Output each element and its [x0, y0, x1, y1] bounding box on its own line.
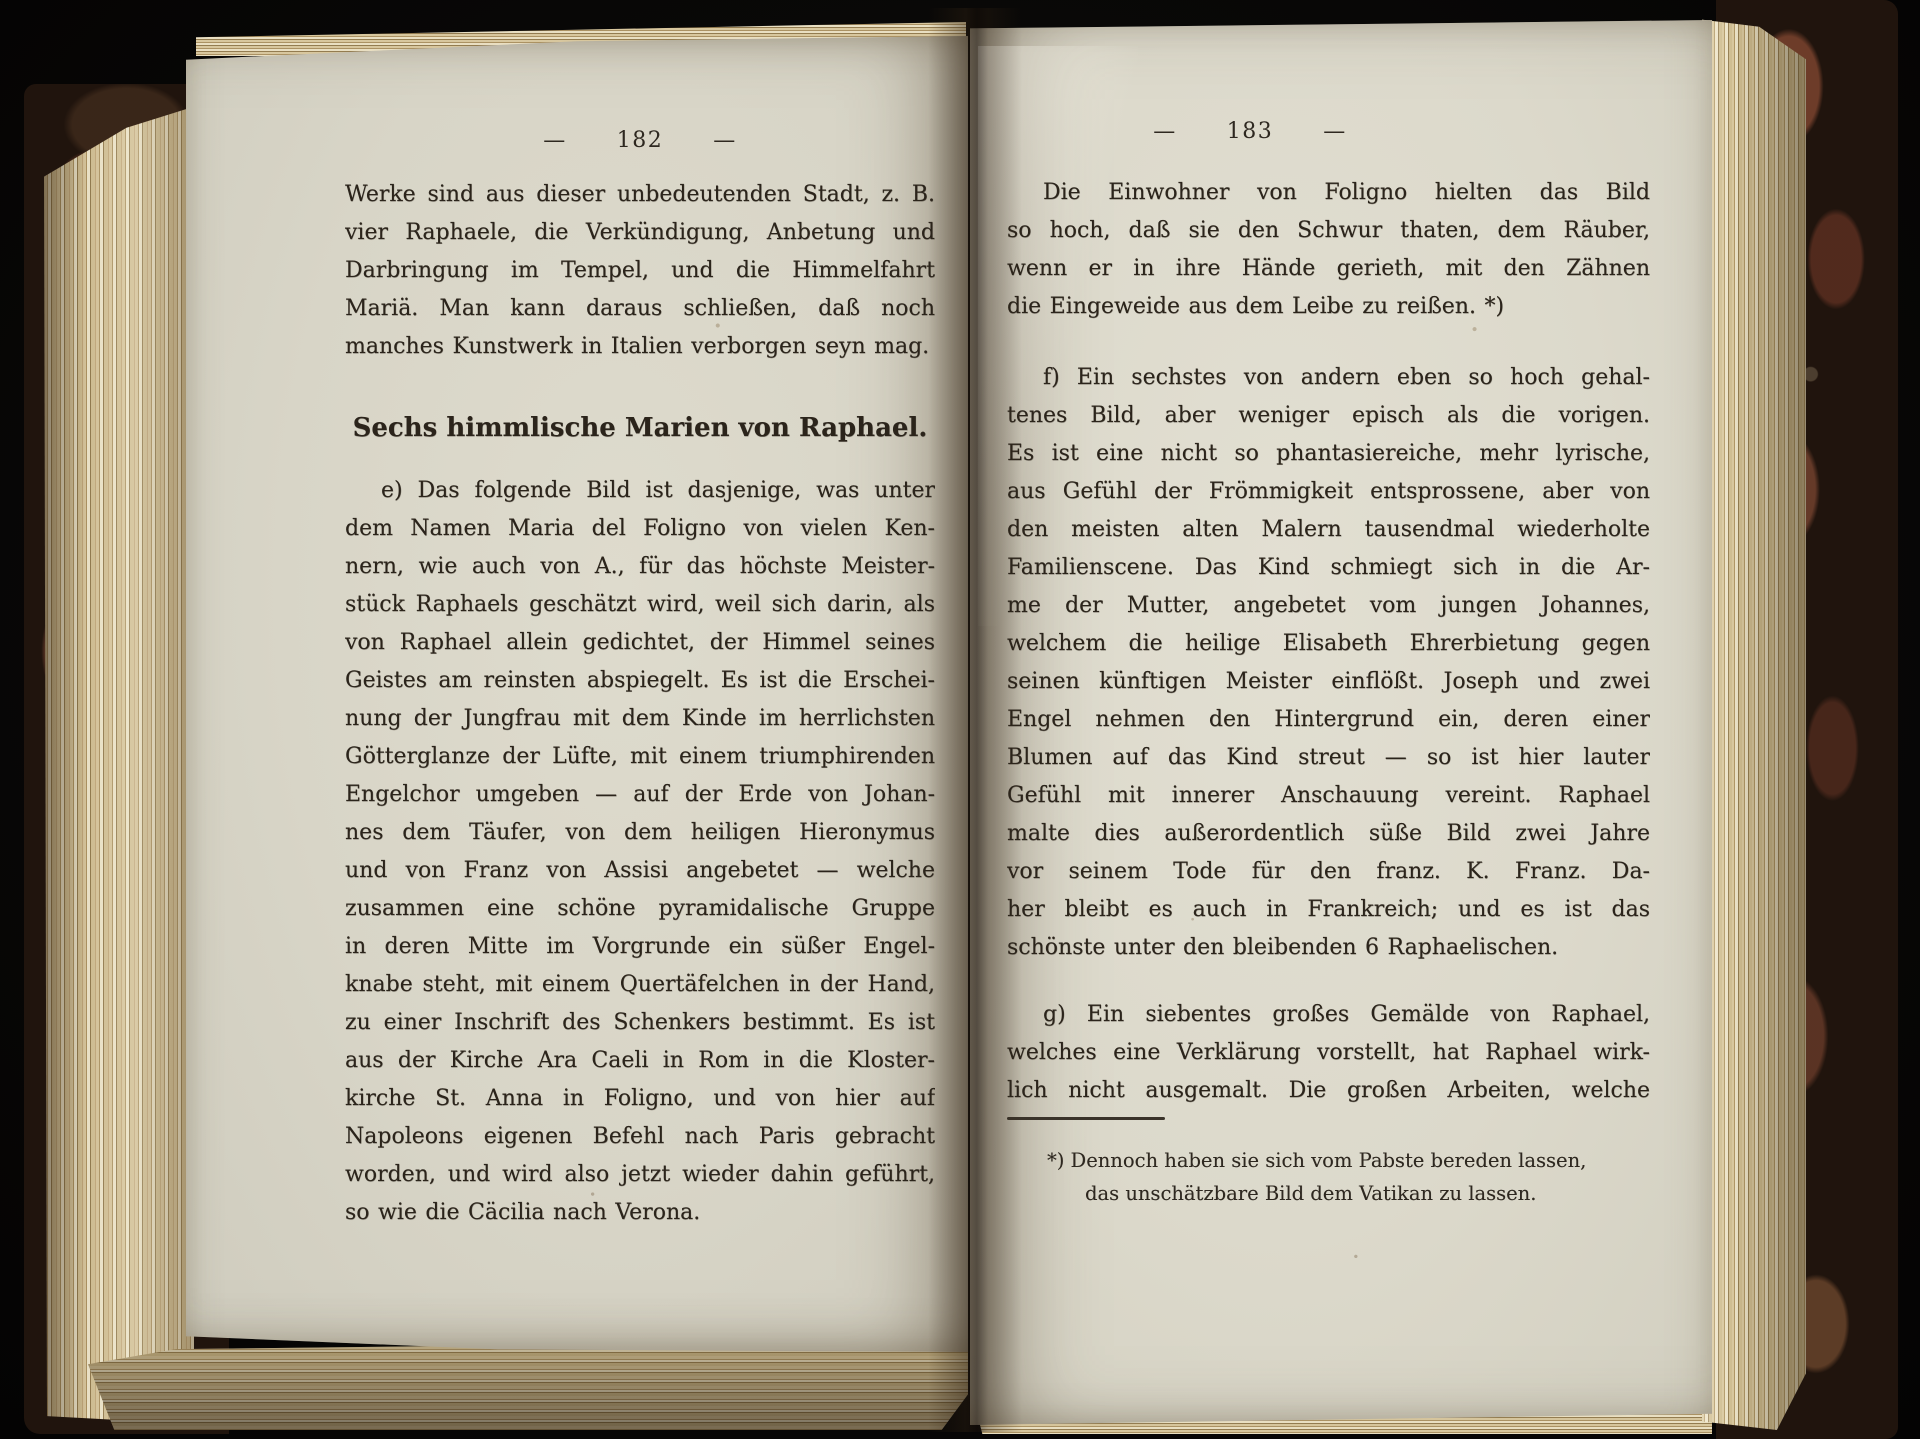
page-edges-right: [1702, 14, 1806, 1430]
left-page-number: 182: [617, 128, 664, 153]
text-line: die Eingeweide aus dem Leibe zu reißen. …: [1007, 288, 1650, 326]
text-line: f) Ein sechstes von andern eben so hoch …: [1007, 359, 1650, 397]
text-line: Familienscene. Das Kind schmiegt sich in…: [1007, 549, 1650, 587]
text-line: welchem die heilige Elisabeth Ehrerbietu…: [1007, 625, 1650, 663]
paragraph-f: f) Ein sechstes von andern eben so hoch …: [1007, 359, 1650, 967]
left-page-header: — 182 —: [345, 128, 935, 153]
text-line: g) Ein siebentes großes Gemälde von Raph…: [1007, 996, 1650, 1034]
paragraph-g: g) Ein siebentes großes Gemälde von Raph…: [1007, 996, 1650, 1110]
right-page: — 183 — Die Einwohner von Foligno hielte…: [970, 20, 1712, 1425]
footnote-line: *) Dennoch haben sie sich vom Pabste ber…: [1007, 1144, 1650, 1177]
text-line: Es ist eine nicht so phantasiereiche, me…: [1007, 435, 1650, 473]
text-line: schönste unter den bleibenden 6 Raphaeli…: [1007, 929, 1650, 967]
text-line: so wie die Cäcilia nach Verona.: [345, 1194, 935, 1232]
header-dash-right: —: [1323, 119, 1347, 144]
text-line: me der Mutter, angebetet vom jungen Joha…: [1007, 587, 1650, 625]
text-line: dem Namen Maria del Foligno von vielen K…: [345, 510, 935, 548]
text-line: worden, und wird also jetzt wieder dahin…: [345, 1156, 935, 1194]
text-line: tenes Bild, aber weniger episch als die …: [1007, 397, 1650, 435]
text-line: so hoch, daß sie den Schwur thaten, dem …: [1007, 212, 1650, 250]
text-line: Geistes am reinsten abspiegelt. Es ist d…: [345, 662, 935, 700]
text-line: e) Das folgende Bild ist dasjenige, was …: [345, 472, 935, 510]
section-heading: Sechs himmlische Marien von Raphael.: [345, 413, 935, 443]
footnote-separator-rule: [1007, 1117, 1165, 1120]
left-intro-paragraph: Werke sind aus dieser unbedeutenden Stad…: [345, 176, 935, 366]
text-line: zusammen eine schöne pyramidalische Grup…: [345, 890, 935, 928]
text-line: wenn er in ihre Hände gerieth, mit den Z…: [1007, 250, 1650, 288]
text-line: und von Franz von Assisi angebetet — wel…: [345, 852, 935, 890]
text-line: vor seinem Tode für den franz. K. Franz.…: [1007, 853, 1650, 891]
text-line: knabe steht, mit einem Quertäfelchen in …: [345, 966, 935, 1004]
text-line: welches eine Verklärung vorstellt, hat R…: [1007, 1034, 1650, 1072]
text-line: nern, wie auch von A., für das höchste M…: [345, 548, 935, 586]
right-intro-paragraph: Die Einwohner von Foligno hielten das Bi…: [1007, 174, 1650, 326]
text-line: von Raphael allein gedichtet, der Himmel…: [345, 624, 935, 662]
right-page-number: 183: [1227, 119, 1274, 144]
text-line: kirche St. Anna in Foligno, und von hier…: [345, 1080, 935, 1118]
text-line: Darbringung im Tempel, und die Himmelfah…: [345, 252, 935, 290]
text-line: Blumen auf das Kind streut — so ist hier…: [1007, 739, 1650, 777]
text-line: Napoleons eigenen Befehl nach Paris gebr…: [345, 1118, 935, 1156]
photo-background: — 182 — Werke sind aus dieser unbedeuten…: [0, 0, 1920, 1439]
text-line: in deren Mitte im Vorgrunde ein süßer En…: [345, 928, 935, 966]
footnote-line: das unschätzbare Bild dem Vatikan zu las…: [1007, 1177, 1650, 1210]
text-line: den meisten alten Malern tausendmal wied…: [1007, 511, 1650, 549]
paragraph-e: e) Das folgende Bild ist dasjenige, was …: [345, 472, 935, 1232]
text-line: lich nicht ausgemalt. Die großen Arbeite…: [1007, 1072, 1650, 1110]
text-line: Engelchor umgeben — auf der Erde von Joh…: [345, 776, 935, 814]
text-line: vier Raphaele, die Verkündigung, Anbetun…: [345, 214, 935, 252]
header-dash-left: —: [1153, 119, 1177, 144]
header-dash-left: —: [543, 128, 567, 153]
text-line: stück Raphaels geschätzt wird, weil sich…: [345, 586, 935, 624]
left-page: — 182 — Werke sind aus dieser unbedeuten…: [186, 36, 968, 1352]
text-line: nes dem Täufer, von dem heiligen Hierony…: [345, 814, 935, 852]
text-line: zu einer Inschrift des Schenkers bestimm…: [345, 1004, 935, 1042]
text-line: aus der Kirche Ara Caeli in Rom in die K…: [345, 1042, 935, 1080]
text-line: seinen künftigen Meister einflößt. Josep…: [1007, 663, 1650, 701]
text-line: nung der Jungfrau mit dem Kinde im herrl…: [345, 700, 935, 738]
page-edges-left: [44, 104, 194, 1424]
text-line: Gefühl mit innerer Anschauung vereint. R…: [1007, 777, 1650, 815]
text-line: malte dies außerordentlich süße Bild zwe…: [1007, 815, 1650, 853]
text-line: aus Gefühl der Frömmigkeit entsprossene,…: [1007, 473, 1650, 511]
text-line: Engel nehmen den Hintergrund ein, deren …: [1007, 701, 1650, 739]
header-dash-right: —: [713, 128, 737, 153]
text-line: Götterglanze der Lüfte, mit einem triump…: [345, 738, 935, 776]
text-line: Die Einwohner von Foligno hielten das Bi…: [1007, 174, 1650, 212]
right-page-header: — 183 —: [1030, 119, 1470, 144]
text-line: Mariä. Man kann daraus schließen, daß no…: [345, 290, 935, 328]
text-line: her bleibt es auch in Frankreich; und es…: [1007, 891, 1650, 929]
footnote: *) Dennoch haben sie sich vom Pabste ber…: [1007, 1144, 1650, 1210]
text-line: manches Kunstwerk in Italien verborgen s…: [345, 328, 935, 366]
text-line: Werke sind aus dieser unbedeutenden Stad…: [345, 176, 935, 214]
